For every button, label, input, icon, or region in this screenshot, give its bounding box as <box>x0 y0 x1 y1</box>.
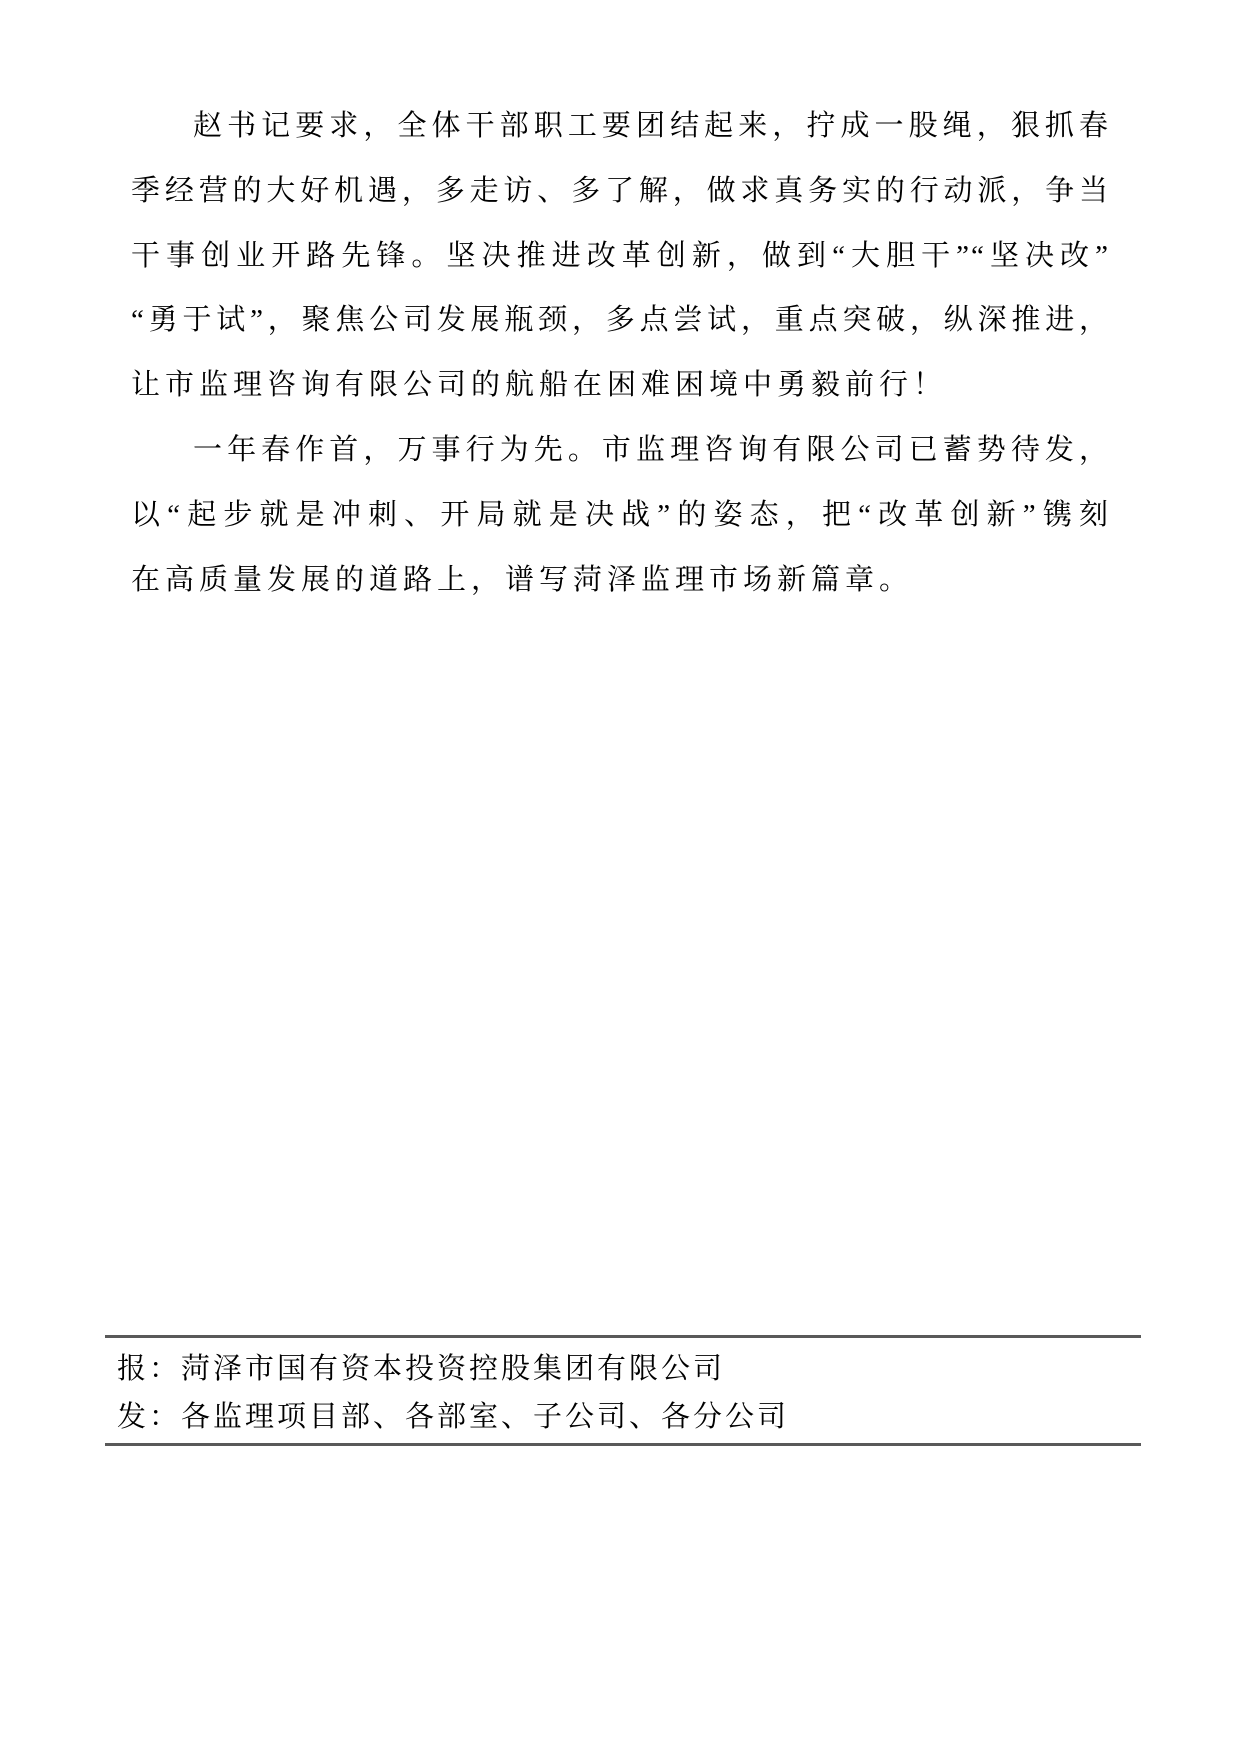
text-line: 在高质量发展的道路上，谱写菏泽监理市场新篇章。 <box>131 548 1110 613</box>
text-line: “勇于试”，聚焦公司发展瓶颈，多点尝试，重点突破，纵深推进， <box>131 288 1110 353</box>
text-line: 让市监理咨询有限公司的航船在困难困境中勇毅前行！ <box>131 353 1110 418</box>
paragraph-2: 一年春作首，万事行为先。市监理咨询有限公司已蓄势待发， 以“起步就是冲刺、开局就… <box>131 418 1110 612</box>
text-line: 季经营的大好机遇，多走访、多了解，做求真务实的行动派，争当 <box>131 159 1110 224</box>
paragraph-1: 赵书记要求，全体干部职工要团结起来，拧成一股绳，狠抓春 季经营的大好机遇，多走访… <box>131 94 1110 418</box>
text-line: 一年春作首，万事行为先。市监理咨询有限公司已蓄势待发， <box>131 418 1110 483</box>
document-page: 赵书记要求，全体干部职工要团结起来，拧成一股绳，狠抓春 季经营的大好机遇，多走访… <box>0 0 1240 1754</box>
report-to-line: 报：菏泽市国有资本投资控股集团有限公司 <box>105 1345 1141 1393</box>
distribution-block: 报：菏泽市国有资本投资控股集团有限公司 发：各监理项目部、各部室、子公司、各分公… <box>105 1335 1141 1446</box>
text-line: 赵书记要求，全体干部职工要团结起来，拧成一股绳，狠抓春 <box>131 94 1110 159</box>
distribute-to-line: 发：各监理项目部、各部室、子公司、各分公司 <box>105 1393 1141 1441</box>
text-line: 干事创业开路先锋。坚决推进改革创新，做到“大胆干”“坚决改” <box>131 224 1110 289</box>
text-line: 以“起步就是冲刺、开局就是决战”的姿态，把“改革创新”镌刻 <box>131 483 1110 548</box>
document-body: 赵书记要求，全体干部职工要团结起来，拧成一股绳，狠抓春 季经营的大好机遇，多走访… <box>131 94 1110 612</box>
